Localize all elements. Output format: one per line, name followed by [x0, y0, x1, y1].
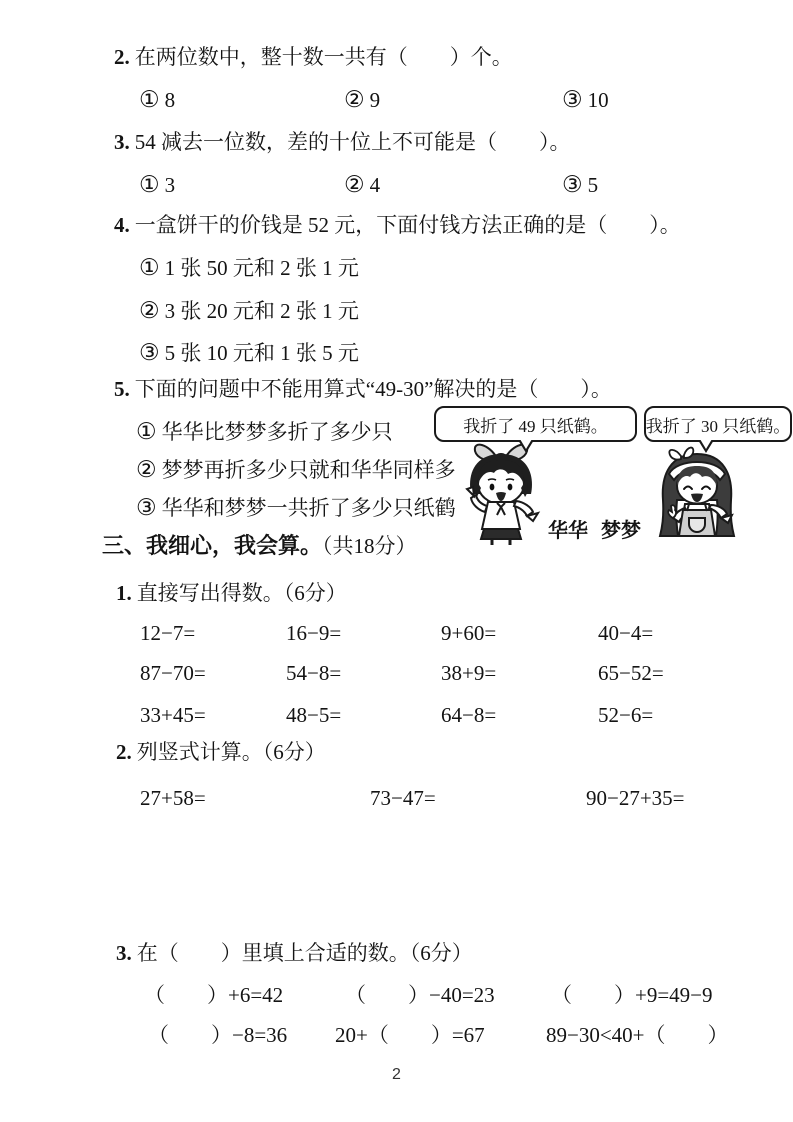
circled-2-icon: ② — [344, 172, 365, 197]
question-3-number: 3. — [114, 130, 130, 154]
question-3-text: 54 减去一位数，差的十位上不可能是（ ）。 — [135, 130, 571, 154]
q4-option-2-text: 3 张 20 元和 2 张 1 元 — [165, 299, 359, 323]
q3-option-3: ③5 — [562, 171, 598, 199]
circled-3-icon: ③ — [562, 172, 583, 197]
subsection-1-text: 直接写出得数。（6分） — [137, 581, 347, 605]
calc-problem: 87−70= — [140, 660, 286, 687]
column-calc-problem: 90−27+35= — [586, 785, 685, 812]
question-4-text: 一盒饼干的价钱是 52 元，下面付钱方法正确的是（ ）。 — [135, 213, 681, 237]
question-5-text: 下面的问题中不能用算式“49-30”解决的是（ ）。 — [135, 377, 612, 401]
circled-1-icon: ① — [139, 255, 160, 280]
circled-2-icon: ② — [136, 457, 157, 482]
calc-problem: 16−9= — [286, 620, 441, 647]
calc-problem: 40−4= — [598, 620, 653, 647]
subsection-1-title: 1.直接写出得数。（6分） — [116, 580, 347, 607]
question-2-text: 在两位数中，整十数一共有（ ）个。 — [135, 45, 513, 69]
section-3-heading-title: 三、我细心，我会算。 — [102, 533, 322, 558]
fill-blank-problem: （ ）−40=23 — [345, 982, 551, 1009]
q3-option-2: ②4 — [344, 171, 562, 199]
q5-option-2: ②梦梦再折多少只就和华华同样多 — [136, 456, 456, 484]
calc-problem: 54−8= — [286, 660, 441, 687]
q2-option-2-text: 9 — [370, 88, 381, 112]
fill-blank-row-1: （ ）+6=42 （ ）−40=23 （ ）+9=49−9 — [144, 982, 713, 1009]
section-3-heading-score: （共18分） — [322, 534, 417, 558]
circled-2-icon: ② — [139, 298, 160, 323]
q4-option-1-text: 1 张 50 元和 2 张 1 元 — [165, 256, 359, 280]
subsection-1-number: 1. — [116, 581, 132, 605]
fill-blank-problem: （ ）−8=36 — [148, 1022, 335, 1049]
q5-option-1: ①华华比梦梦多折了多少只 — [136, 418, 393, 446]
subsection-2-number: 2. — [116, 740, 132, 764]
question-5: 5.下面的问题中不能用算式“49-30”解决的是（ ）。 — [114, 376, 612, 403]
q2-option-3-text: 10 — [588, 88, 609, 112]
q5-option-2-text: 梦梦再折多少只就和华华同样多 — [162, 458, 456, 482]
worksheet-page: 2.在两位数中，整十数一共有（ ）个。 ①8 ②9 ③10 3.54 减去一位数… — [0, 0, 793, 1122]
fill-blank-problem: 89−30<40+（ ） — [546, 1022, 729, 1049]
question-2-options: ①8 ②9 ③10 — [139, 86, 609, 114]
speech-bubble-mengmeng: 我折了 30 只纸鹤。 — [644, 406, 792, 442]
name-label-huahua: 华华 — [548, 514, 588, 543]
question-3-options: ①3 ②4 ③5 — [139, 171, 598, 199]
subsection-2-title: 2.列竖式计算。（6分） — [116, 739, 326, 766]
q4-option-2: ②3 张 20 元和 2 张 1 元 — [139, 297, 359, 325]
subsection-3-number: 3. — [116, 941, 132, 965]
calc-problem: 12−7= — [140, 620, 286, 647]
q4-option-3-text: 5 张 10 元和 1 张 5 元 — [165, 341, 359, 365]
subsection-3-title: 3.在（ ）里填上合适的数。（6分） — [116, 940, 473, 967]
fill-blank-problem: （ ）+6=42 — [144, 982, 345, 1009]
name-label-mengmeng: 梦梦 — [601, 514, 641, 543]
question-3: 3.54 减去一位数，差的十位上不可能是（ ）。 — [114, 129, 571, 156]
circled-3-icon: ③ — [136, 495, 157, 520]
circled-2-icon: ② — [344, 87, 365, 112]
fill-blank-row-2: （ ）−8=36 20+（ ）=67 89−30<40+（ ） — [148, 1022, 729, 1049]
quick-calc-row-3: 33+45= 48−5= 64−8= 52−6= — [140, 702, 653, 729]
girl-mengmeng-illustration — [643, 444, 751, 552]
column-calc-problem: 73−47= — [370, 785, 586, 812]
q5-option-3: ③华华和梦梦一共折了多少只纸鹤 — [136, 494, 456, 522]
section-3-heading: 三、我细心，我会算。（共18分） — [102, 532, 417, 560]
circled-1-icon: ① — [136, 419, 157, 444]
question-5-number: 5. — [114, 377, 130, 401]
question-4: 4.一盒饼干的价钱是 52 元，下面付钱方法正确的是（ ）。 — [114, 212, 681, 239]
circled-1-icon: ① — [139, 172, 160, 197]
q3-option-1: ①3 — [139, 171, 344, 199]
calc-problem: 33+45= — [140, 702, 286, 729]
q5-option-3-text: 华华和梦梦一共折了多少只纸鹤 — [162, 496, 456, 520]
speech-bubble-huahua-text: 我折了 49 只纸鹤。 — [463, 412, 608, 437]
q2-option-3: ③10 — [562, 86, 609, 114]
q3-option-2-text: 4 — [370, 173, 381, 197]
question-2-number: 2. — [114, 45, 130, 69]
subsection-2-text: 列竖式计算。（6分） — [137, 740, 326, 764]
calc-problem: 65−52= — [598, 660, 664, 687]
q3-option-1-text: 3 — [165, 173, 176, 197]
circled-3-icon: ③ — [562, 87, 583, 112]
quick-calc-row-1: 12−7= 16−9= 9+60= 40−4= — [140, 620, 653, 647]
q2-option-1: ①8 — [139, 86, 344, 114]
q5-option-1-text: 华华比梦梦多折了多少只 — [162, 420, 393, 444]
subsection-3-text: 在（ ）里填上合适的数。（6分） — [137, 941, 473, 965]
q2-option-2: ②9 — [344, 86, 562, 114]
q3-option-3-text: 5 — [588, 173, 599, 197]
calc-problem: 9+60= — [441, 620, 598, 647]
calc-problem: 48−5= — [286, 702, 441, 729]
fill-blank-problem: 20+（ ）=67 — [335, 1022, 546, 1049]
circled-3-icon: ③ — [139, 340, 160, 365]
column-calc-row: 27+58= 73−47= 90−27+35= — [140, 785, 685, 812]
quick-calc-row-2: 87−70= 54−8= 38+9= 65−52= — [140, 660, 664, 687]
calc-problem: 52−6= — [598, 702, 653, 729]
circled-1-icon: ① — [139, 87, 160, 112]
question-4-number: 4. — [114, 213, 130, 237]
column-calc-problem: 27+58= — [140, 785, 370, 812]
q2-option-1-text: 8 — [165, 88, 176, 112]
page-number: 2 — [0, 1066, 793, 1084]
girl-huahua-illustration — [447, 440, 555, 548]
q4-option-1: ①1 张 50 元和 2 张 1 元 — [139, 254, 359, 282]
question-2: 2.在两位数中，整十数一共有（ ）个。 — [114, 44, 513, 71]
calc-problem: 64−8= — [441, 702, 598, 729]
speech-bubble-mengmeng-text: 我折了 30 只纸鹤。 — [646, 412, 791, 437]
calc-problem: 38+9= — [441, 660, 598, 687]
speech-bubble-huahua: 我折了 49 只纸鹤。 — [434, 406, 637, 442]
q4-option-3: ③5 张 10 元和 1 张 5 元 — [139, 339, 359, 367]
fill-blank-problem: （ ）+9=49−9 — [551, 982, 713, 1009]
